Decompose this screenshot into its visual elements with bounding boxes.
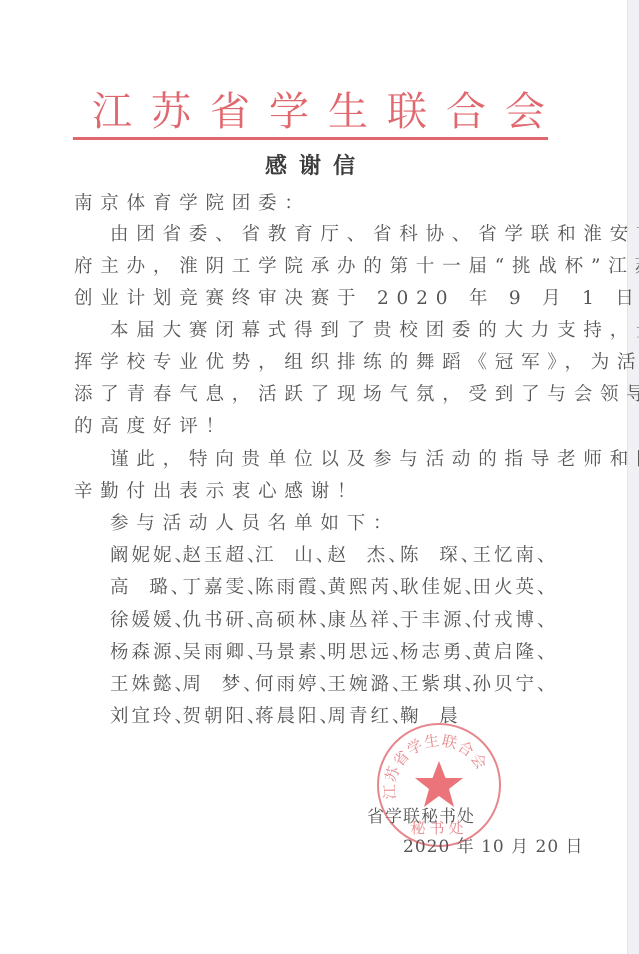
participant-name: 陈雨霞、	[255, 572, 328, 604]
participant-name: 高硕林、	[255, 605, 328, 637]
participant-name: 吴雨卿、	[183, 637, 256, 669]
participant-row: 王姝懿、 周 梦、 何雨婷、 王婉潞、 王紫琪、 孙贝宁、	[110, 669, 560, 701]
participant-name: 康丛祥、	[328, 605, 401, 637]
participant-name: 耿佳妮、	[400, 572, 473, 604]
paragraph-1: 由团省委、省教育厅、省科协、省学联和淮安市人民政 府主办，淮阴工学院承办的第十一…	[74, 219, 548, 315]
participant-name: 王忆南、	[473, 540, 546, 572]
participant-name: 何雨婷、	[255, 669, 328, 701]
star-icon	[415, 761, 463, 807]
seal-graphic: 江苏省学生联合会 秘书处	[379, 725, 499, 845]
paragraph-line: 添了青春气息，活跃了现场气氛，受到了与会领导、同学们	[74, 379, 548, 411]
participant-name: 王姝懿、	[110, 669, 183, 701]
participant-name: 高 璐、	[110, 572, 183, 604]
paragraph-line: 本届大赛闭幕式得到了贵校团委的大力支持，贵单位发	[74, 315, 548, 347]
paragraph-4: 参与活动人员名单如下：	[74, 508, 548, 540]
participant-name: 刘宜玲、	[110, 701, 183, 733]
letterhead-org-name: 江苏省学生联合会	[73, 88, 548, 136]
paragraph-line: 挥学校专业优势，组织排练的舞蹈《冠军》，为活动现场增	[74, 347, 548, 379]
participant-name: 仇书研、	[183, 605, 256, 637]
paragraph-line: 辛勤付出表示衷心感谢！	[74, 476, 548, 508]
participant-row: 徐媛媛、 仇书研、 高硕林、 康丛祥、 于丰源、 付戎博、	[110, 605, 560, 637]
document-date: 2020 年 10 月 20 日	[403, 832, 584, 857]
paragraph-2: 本届大赛闭幕式得到了贵校团委的大力支持，贵单位发 挥学校专业优势，组织排练的舞蹈…	[74, 315, 548, 443]
participant-name: 黄启隆、	[473, 637, 546, 669]
paragraph-line: 参与活动人员名单如下：	[74, 508, 548, 540]
participant-name: 王紫琪、	[400, 669, 473, 701]
participant-name: 付戎博、	[473, 605, 546, 637]
participant-name: 江 山、	[255, 540, 328, 572]
participant-name: 杨志勇、	[400, 637, 473, 669]
participant-name: 于丰源、	[400, 605, 473, 637]
participant-name: 明思远、	[328, 637, 401, 669]
participant-name: 丁嘉雯、	[183, 572, 256, 604]
participant-name: 田火英、	[473, 572, 546, 604]
participant-name: 赵玉超、	[183, 540, 256, 572]
participant-row: 高 璐、 丁嘉雯、 陈雨霞、 黄熙芮、 耿佳妮、 田火英、	[110, 572, 560, 604]
paragraph-line: 的高度好评！	[74, 411, 548, 443]
paragraph-3: 谨此，特向贵单位以及参与活动的指导老师和同学们的 辛勤付出表示衷心感谢！	[74, 444, 548, 508]
paragraph-line: 府主办，淮阴工学院承办的第十一届“挑战杯”江苏省大学生	[74, 251, 548, 283]
participant-name: 杨森源、	[110, 637, 183, 669]
salutation: 南京体育学院团委：	[74, 188, 548, 220]
participant-name: 贺朝阳、	[183, 701, 256, 733]
participant-name: 阚妮妮、	[110, 540, 183, 572]
paragraph-line: 谨此，特向贵单位以及参与活动的指导老师和同学们的	[74, 444, 548, 476]
participant-name: 徐媛媛、	[110, 605, 183, 637]
signature: 省学联秘书处	[367, 802, 475, 827]
participant-name: 陈 琛、	[400, 540, 473, 572]
participant-name: 黄熙芮、	[328, 572, 401, 604]
participant-name: 蒋晨阳、	[255, 701, 328, 733]
document-title: 感谢信	[200, 152, 420, 180]
participant-row: 阚妮妮、 赵玉超、 江 山、 赵 杰、 陈 琛、 王忆南、	[110, 540, 560, 572]
participant-name: 马景素、	[255, 637, 328, 669]
page-edge-strip	[627, 0, 639, 954]
participant-list: 阚妮妮、 赵玉超、 江 山、 赵 杰、 陈 琛、 王忆南、 高 璐、 丁嘉雯、 …	[110, 540, 560, 734]
official-seal: 江苏省学生联合会 秘书处	[377, 723, 501, 847]
paragraph-line: 由团省委、省教育厅、省科协、省学联和淮安市人民政	[74, 219, 548, 251]
participant-name: 赵 杰、	[328, 540, 401, 572]
letterhead-divider	[73, 137, 548, 140]
participant-name: 周 梦、	[183, 669, 256, 701]
participant-name: 孙贝宁、	[473, 669, 546, 701]
participant-name: 王婉潞、	[328, 669, 401, 701]
participant-row: 杨森源、 吴雨卿、 马景素、 明思远、 杨志勇、 黄启隆、	[110, 637, 560, 669]
paragraph-line: 创业计划竞赛终审决赛于 2020 年 9 月 1 日—5 日成功举办。	[74, 283, 548, 315]
